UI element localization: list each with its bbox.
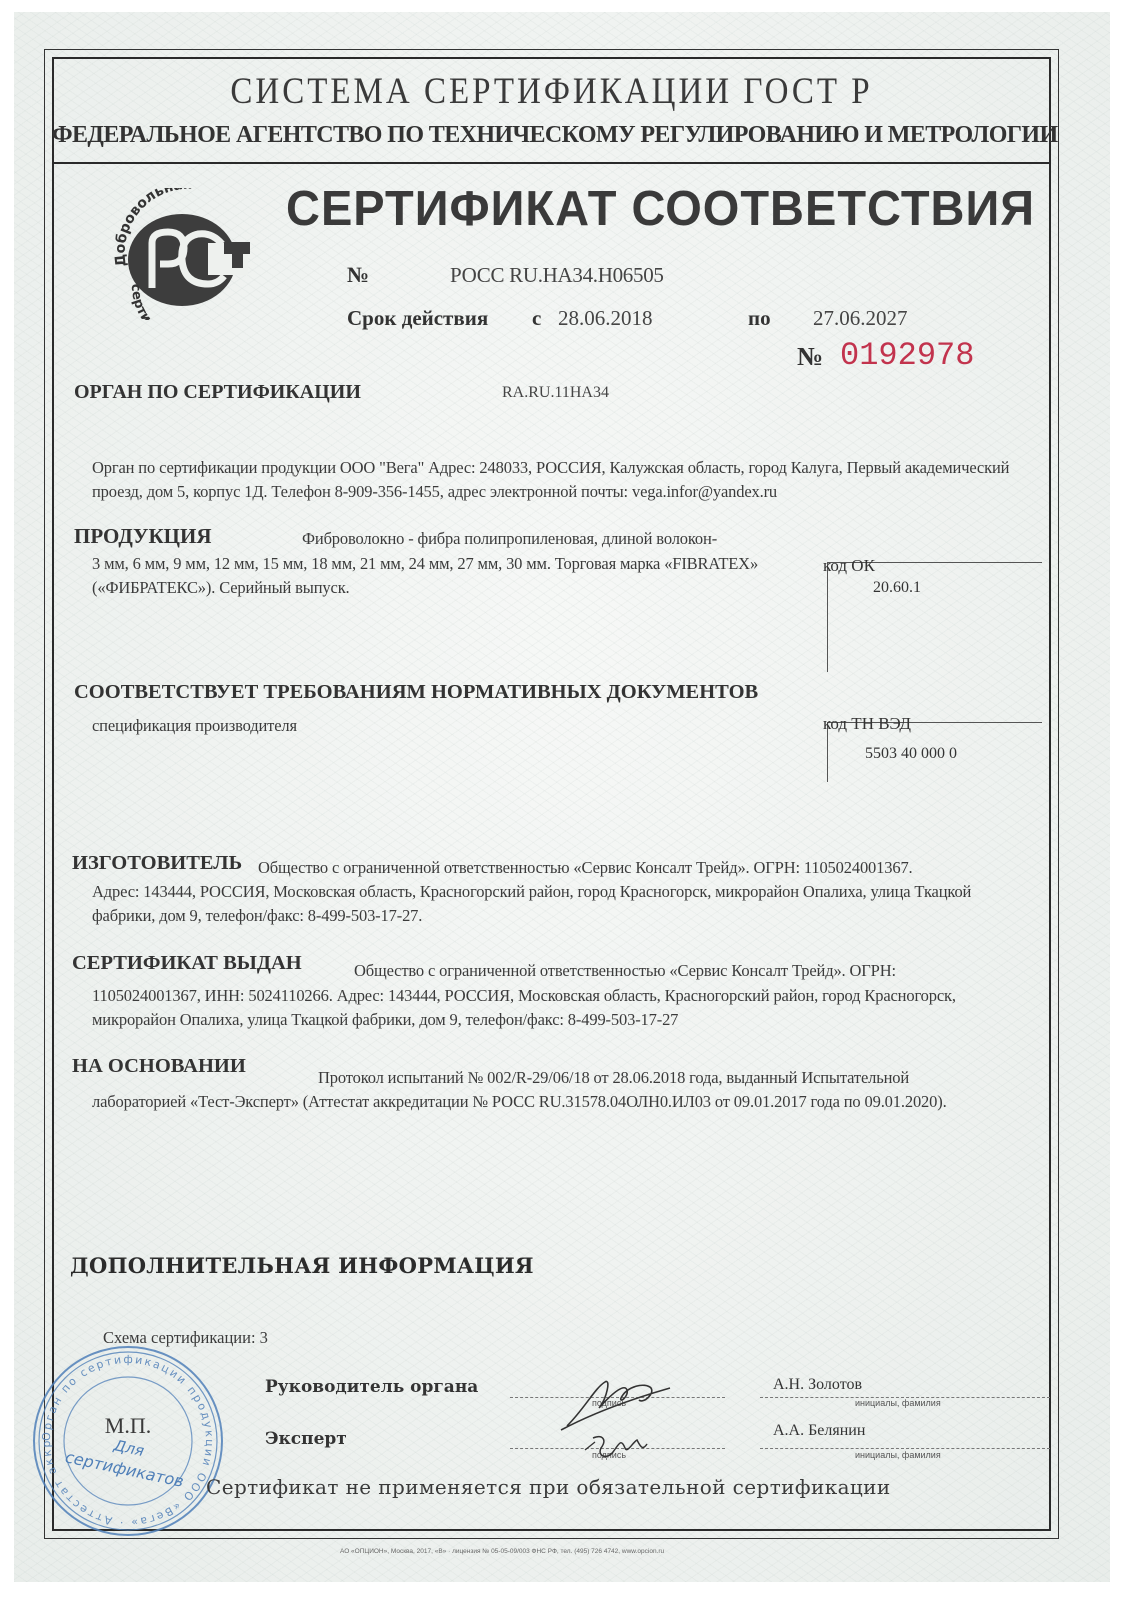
certification-body-description: Орган по сертификации продукции ООО "Вег… [92,456,1027,504]
manufacturer-line1: Общество с ограниченной ответственностью… [258,856,913,880]
expert-name-caption: инициалы, фамилия [855,1450,941,1460]
product-description: 3 мм, 6 мм, 9 мм, 12 мм, 15 мм, 18 мм, 2… [92,552,792,600]
validity-label: Срок действия [347,306,488,331]
valid-to-prefix: по [748,306,771,331]
product-heading: ПРОДУКЦИЯ [74,524,212,549]
valid-from-prefix: с [532,306,541,331]
round-seal-stamp-icon: Орган по сертификации продукции ООО «Вег… [30,1343,226,1539]
handwritten-signature-icon [555,1368,675,1463]
valid-to-date: 27.06.2027 [813,306,908,331]
conformity-heading: СООТВЕТСТВУЕТ ТРЕБОВАНИЯМ НОРМАТИВНЫХ ДО… [74,681,758,704]
tn-ved-code-value: 5503 40 000 0 [865,745,957,763]
basis-details: лабораторией «Тест-Эксперт» (Аттестат ак… [92,1090,1032,1114]
tn-ved-code-label: код ТН ВЭД [823,714,911,734]
serial-number: 0192978 [840,337,974,374]
product-description-line1: Фиброволокно - фибра полипропиленовая, д… [302,527,717,551]
issued-to-heading: СЕРТИФИКАТ ВЫДАН [72,952,302,975]
ok-code-box: код ОК 20.60.1 [827,562,1042,672]
head-of-body-label: Руководитель органа [265,1377,478,1397]
expert-name-line [760,1448,1050,1449]
conformity-body: спецификация производителя [92,714,297,738]
stamp-center-line1: Для [111,1436,145,1460]
tn-ved-code-box: код ТН ВЭД 5503 40 000 0 [827,722,1042,782]
basis-heading: НА ОСНОВАНИИ [72,1055,246,1078]
valid-from-date: 28.06.2018 [558,306,653,331]
cert-number-label: № [347,262,369,288]
seal-place-label: М.П. [105,1413,151,1438]
manufacturer-heading: ИЗГОТОВИТЕЛЬ [72,852,242,875]
header-divider [52,162,1051,164]
agency-name: ФЕДЕРАЛЬНОЕ АГЕНТСТВО ПО ТЕХНИЧЕСКОМУ РЕ… [52,122,1051,149]
certification-body-code: RA.RU.11НА34 [502,384,609,402]
printer-imprint: АО «ОПЦИОН», Москва, 2017, «В» · лицензи… [340,1548,664,1555]
issued-to-details: 1105024001367, ИНН: 5024110266. Адрес: 1… [92,984,1032,1032]
ok-code-value: 20.60.1 [873,579,921,597]
manufacturer-address: Адрес: 143444, РОССИЯ, Московская област… [92,880,1032,928]
basis-line1: Протокол испытаний № 002/R-29/06/18 от 2… [318,1066,909,1090]
serial-number-label: № [797,342,823,372]
certification-body-heading: ОРГАН ПО СЕРТИФИКАЦИИ [74,381,361,404]
issued-to-line1: Общество с ограниченной ответственностью… [354,959,896,983]
head-name: А.Н. Золотов [773,1376,862,1394]
head-name-caption: инициалы, фамилия [855,1398,941,1408]
additional-info-heading: ДОПОЛНИТЕЛЬНАЯ ИНФОРМАЦИЯ [70,1253,534,1278]
ok-code-label: код ОК [823,556,875,576]
system-title: СИСТЕМА СЕРТИФИКАЦИИ ГОСТ Р [52,72,1051,113]
voluntary-notice: Сертификат не применяется при обязательн… [206,1475,891,1499]
cert-number: РОСС RU.НА34.Н06505 [450,263,664,288]
certificate-title: СЕРТИФИКАТ СООТВЕТСТВИЯ [286,179,1035,237]
expert-label: Эксперт [265,1429,347,1449]
rst-logo-icon: Добровольная сертификация [112,188,262,320]
expert-name: А.А. Белянин [773,1422,865,1440]
